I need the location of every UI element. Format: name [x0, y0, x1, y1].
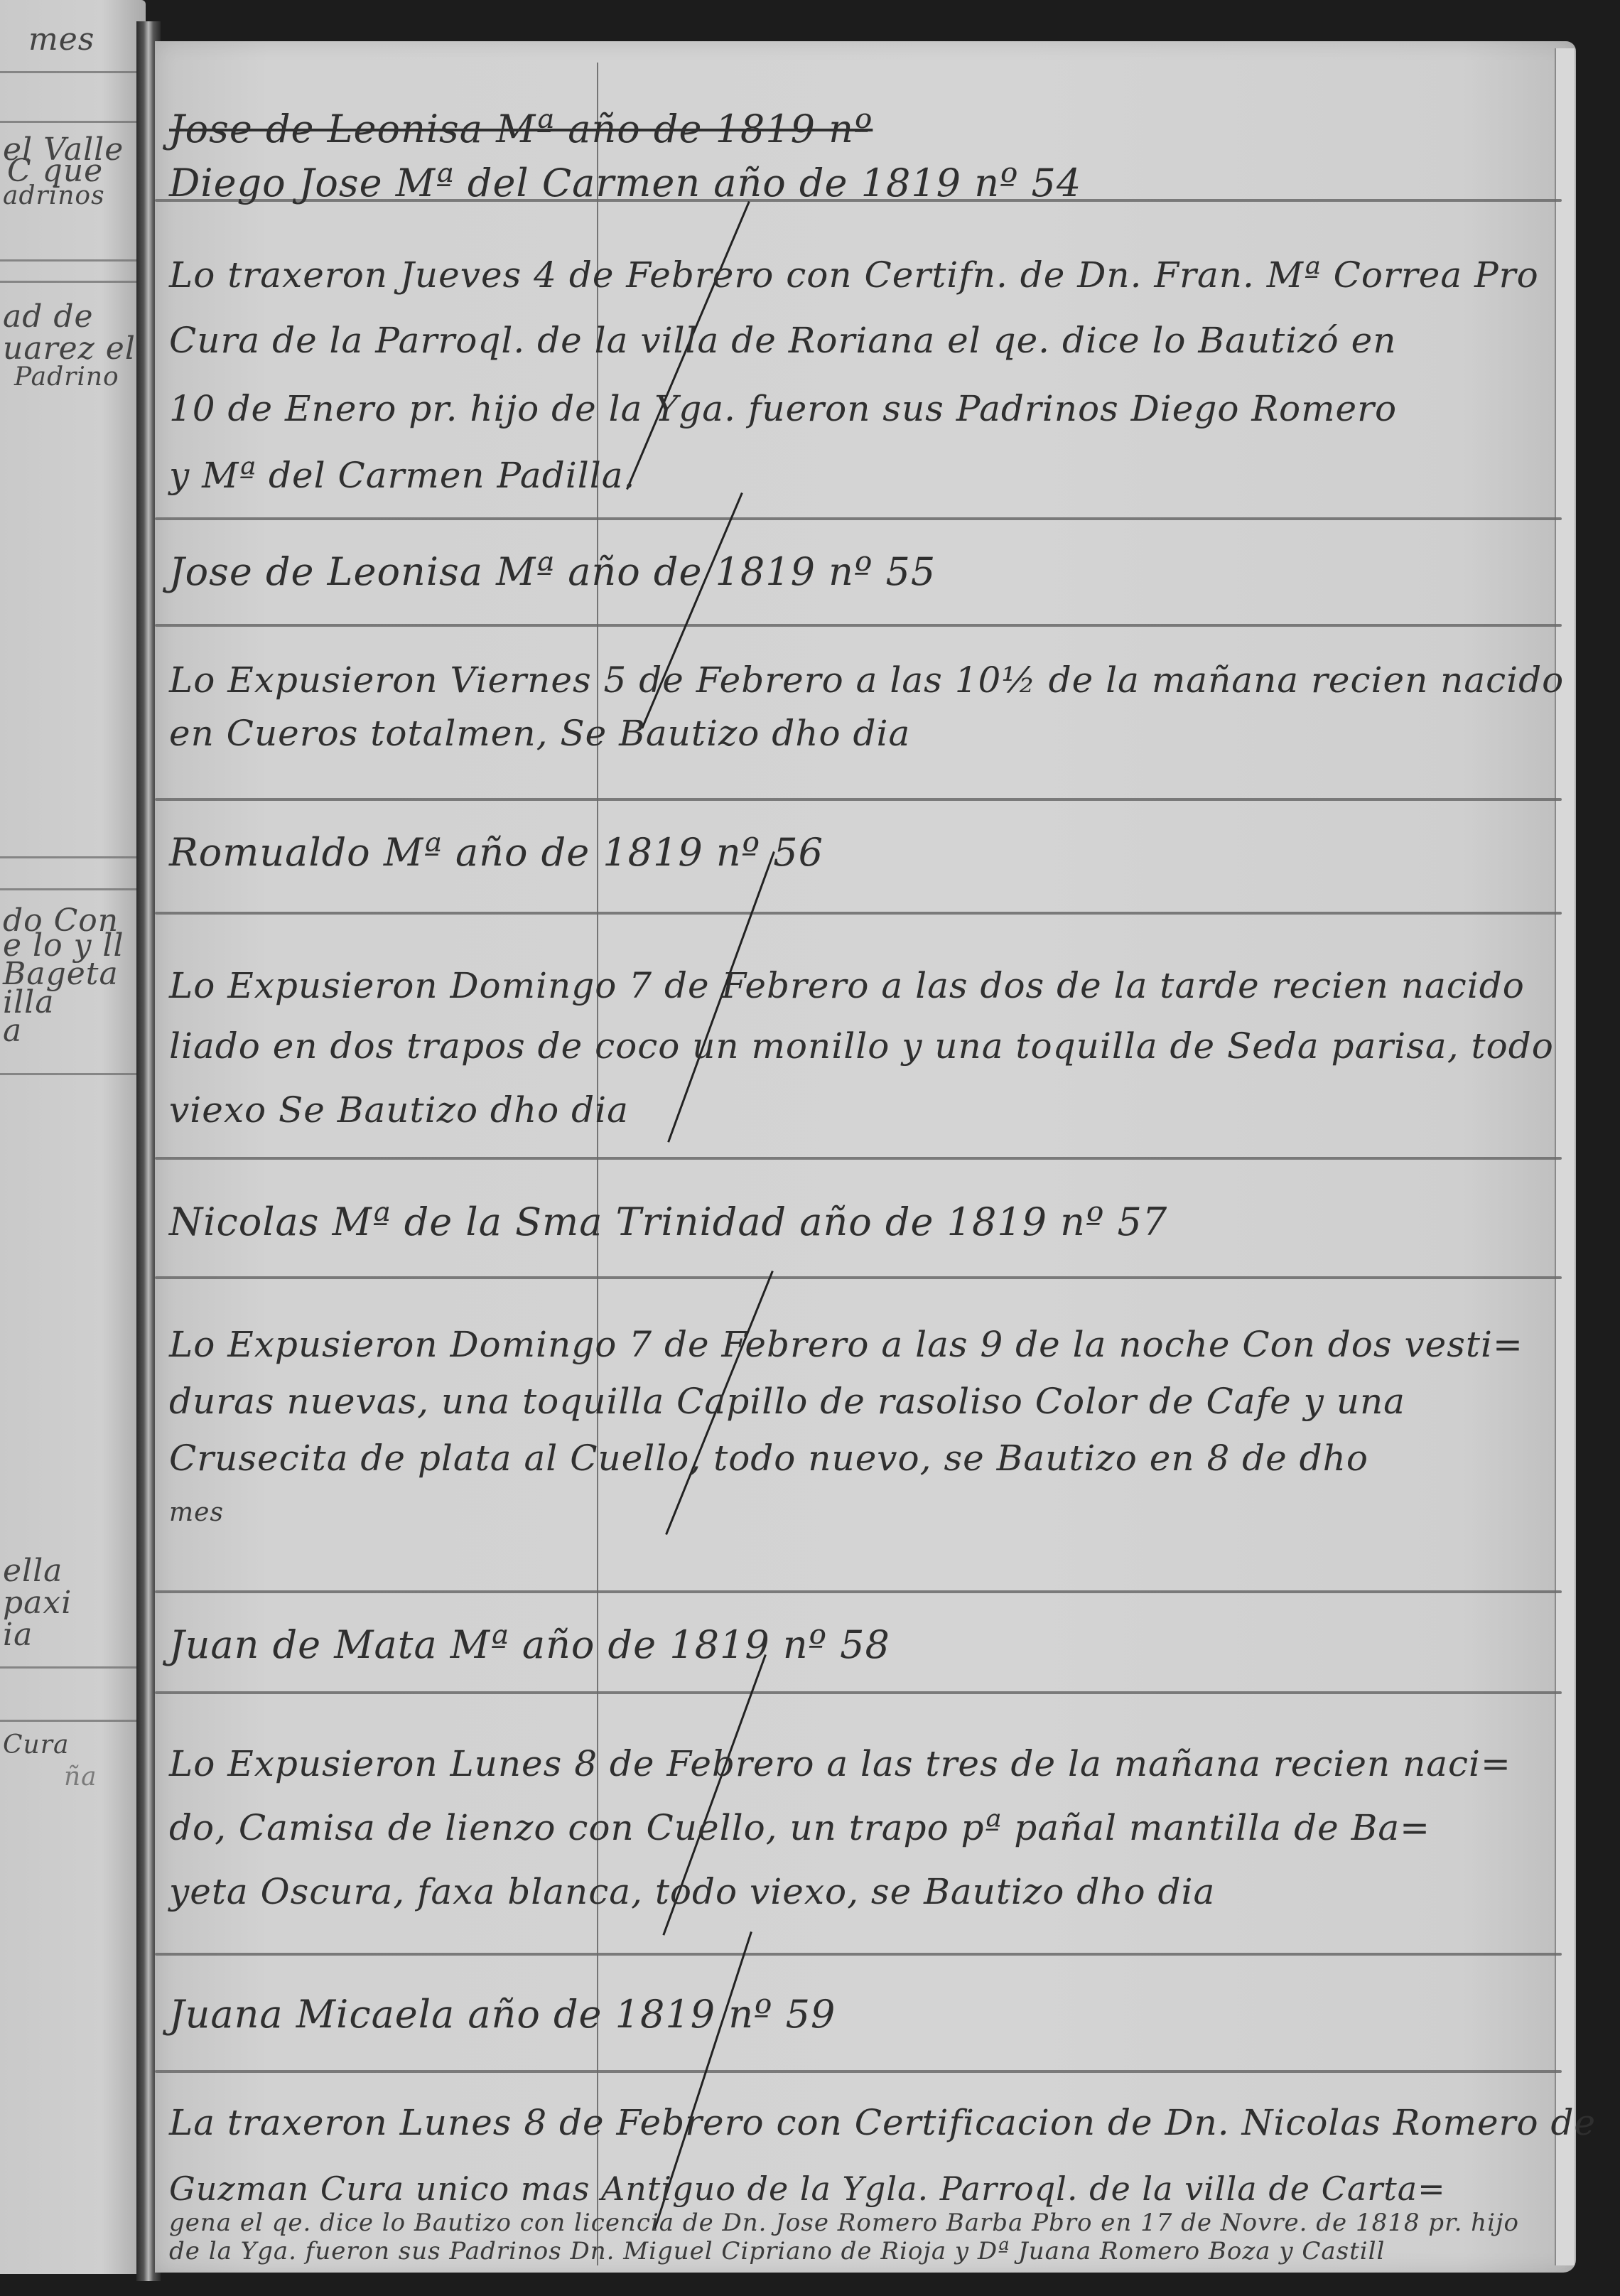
entry-heading: Jose de Leonisa Mª año de 1819 nº: [169, 107, 873, 151]
entry-heading: Diego Jose Mª del Carmen año de 1819 nº …: [169, 161, 1081, 205]
entry-body-line: Guzman Cura unico mas Antiguo de la Ygla…: [169, 2170, 1446, 2208]
previous-page-text: mes: [28, 21, 94, 58]
previous-page-text: uarez el: [3, 330, 136, 367]
previous-page-text: ad de: [3, 298, 94, 335]
entry-body-line: La traxeron Lunes 8 de Febrero con Certi…: [169, 2102, 1596, 2143]
entry-body-line: en Cueros totalmen, Se Bautizo dho dia: [169, 713, 910, 754]
entry-body-line: Lo Expusieron Domingo 7 de Febrero a las…: [169, 1324, 1523, 1365]
previous-page-text: ña: [64, 1762, 97, 1791]
entry-body-line: Lo Expusieron Domingo 7 de Febrero a las…: [169, 965, 1525, 1006]
entry-body-line: 10 de Enero pr. hijo de la Yga. fueron s…: [169, 388, 1397, 429]
entry-heading: Juana Micaela año de 1819 nº 59: [169, 1992, 836, 2037]
ruled-line: [155, 1157, 1562, 1160]
entry-heading: Jose de Leonisa Mª año de 1819 nº 55: [169, 549, 936, 594]
ruled-line: [155, 912, 1562, 915]
previous-page-text: adrinos: [3, 181, 105, 210]
entry-body-line: y Mª del Carmen Padilla.: [169, 455, 635, 496]
entry-body-line: Lo traxeron Jueves 4 de Febrero con Cert…: [169, 254, 1539, 296]
previous-page-text: Padrino: [14, 362, 119, 392]
ruled-line: [0, 281, 142, 283]
ruled-line: [0, 1720, 142, 1722]
entry-body-line: Cura de la Parroql. de la villa de Roria…: [169, 320, 1396, 361]
ruled-line: [155, 1276, 1562, 1279]
ruled-line: [0, 888, 142, 890]
entry-body-line: mes: [169, 1498, 224, 1527]
entry-body-line: de la Yga. fueron sus Padrinos Dn. Migue…: [169, 2237, 1385, 2265]
entry-heading: Juan de Mata Mª año de 1819 nº 58: [169, 1622, 890, 1667]
entry-body-line: Crusecita de plata al Cuello, todo nuevo…: [169, 1438, 1368, 1479]
ruled-line: [0, 1073, 142, 1075]
ruled-line: [0, 856, 142, 858]
previous-page-text: ia: [3, 1617, 33, 1653]
ruled-line: [155, 1953, 1562, 1956]
ruled-line: [155, 1691, 1562, 1694]
manuscript-page: Jose de Leonisa Mª año de 1819 nº Diego …: [155, 41, 1576, 2273]
entry-body-line: Lo Expusieron Lunes 8 de Febrero a las t…: [169, 1743, 1511, 1784]
entry-body-line: duras nuevas, una toquilla Capillo de ra…: [169, 1381, 1405, 1422]
previous-page: mes el Valle C que adrinos ad de uarez e…: [0, 0, 146, 2274]
previous-page-text: a: [3, 1013, 22, 1049]
previous-page-text: Cura: [3, 1730, 69, 1759]
ruled-line: [155, 624, 1562, 627]
entry-body-line: viexo Se Bautizo dho dia: [169, 1089, 629, 1131]
entry-heading: Nicolas Mª de la Sma Trinidad año de 181…: [169, 1200, 1167, 1244]
ruled-line: [155, 2070, 1562, 2073]
ruled-line: [155, 1590, 1562, 1593]
entry-body-line: yeta Oscura, faxa blanca, todo viexo, se…: [169, 1871, 1215, 1912]
ruled-line: [0, 259, 142, 262]
ruled-line: [0, 1666, 142, 1669]
ruled-line: [155, 517, 1562, 520]
previous-page-text: paxi: [3, 1585, 72, 1621]
entry-body-line: gena el qe. dice lo Bautizo con licencia…: [169, 2209, 1519, 2237]
ruled-line: [0, 71, 142, 73]
entry-heading: Romualdo Mª año de 1819 nº 56: [169, 830, 823, 875]
ruled-line: [0, 121, 142, 123]
previous-page-text: ella: [3, 1553, 63, 1589]
entry-body-line: Lo Expusieron Viernes 5 de Febrero a las…: [169, 659, 1564, 701]
entry-body-line: do, Camisa de lienzo con Cuello, un trap…: [169, 1807, 1430, 1848]
ruled-line: [155, 798, 1562, 801]
entry-body-line: liado en dos trapos de coco un monillo y…: [169, 1025, 1554, 1067]
